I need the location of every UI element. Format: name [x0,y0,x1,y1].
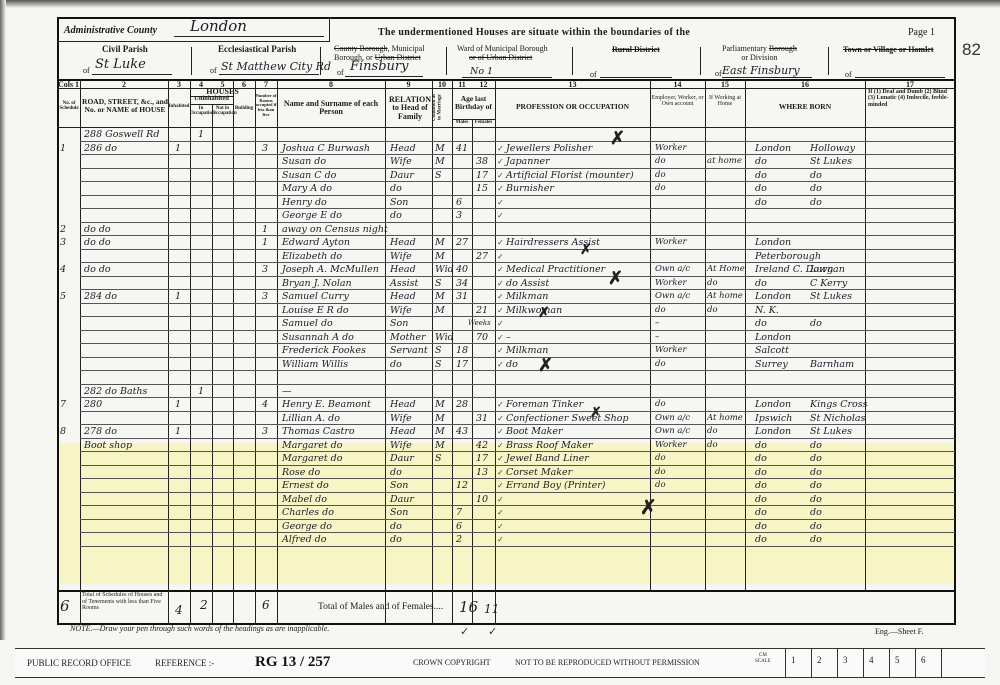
schedule-number: 3 [60,236,66,249]
occupation: Jewel Band Liner [506,452,589,465]
marital-condition: Wid [435,331,454,344]
relation: Daur [390,452,414,465]
person-name: Louise E R do [282,304,349,317]
rooms-count: 4 [262,398,268,411]
occupation: Medical Practitioner [506,263,605,276]
marital-condition: M [435,290,445,303]
age-female: 27 [476,250,488,263]
marital-condition: M [435,155,445,168]
table-row: Henry doSon6dodo✓ [0,196,1000,209]
col1-header: No. of Schedule [58,101,80,112]
tick-icon: ✓ [497,182,504,195]
age-female: 42 [476,439,488,452]
table-row: Lillian A. doWifeM31Confectioner Sweet S… [0,412,1000,425]
tick-icon: ✓ [497,412,504,425]
table-row: Rose dodo13Corset Makerdododo✓ [0,466,1000,479]
birthplace-county: London [755,398,791,411]
schedule-number: 7 [60,398,66,411]
total-inhabited: 4 [175,603,183,617]
employment-status: Own a/c [655,412,690,425]
occupation: Jewellers Polisher [506,142,592,155]
person-name: Samuel Curry [282,290,349,303]
relation: Servant [390,344,428,357]
table-row: Susan doWifeM38Japannerdoat homedoSt Luk… [0,155,1000,168]
employment-status: – [655,317,659,330]
marital-condition: M [435,236,445,249]
age-male: 6 [456,196,462,209]
check-mark-icon: ✗ [538,305,550,322]
birthplace-town: do [810,169,822,182]
table-row: 288 Goswell Rd1 [0,128,1000,141]
relation: Wife [390,250,412,263]
tick-icon: ✓ [497,142,504,155]
rooms-count: 1 [262,223,268,236]
birthplace-town: Barnham [810,358,854,371]
check-mark-icon: ✗ [590,405,602,422]
relation: Wife [390,155,412,168]
birthplace-town: do [810,479,822,492]
person-name: Joseph A. McMullen [282,263,379,276]
birthplace-county: do [755,506,767,519]
birthplace-town: do [810,317,822,330]
relation: do [390,533,402,546]
birthplace-county: do [755,155,767,168]
admin-county-value: London [190,17,247,35]
age-male: 6 [456,520,462,533]
column-number: 15 [705,80,745,89]
person-name: away on Census night [282,223,388,236]
table-row: Bryan J. NolanAssistS34do AssistWorkerdo… [0,277,1000,290]
females-check-icon: ✓ [488,625,497,638]
census-page: 82 Administrative County London The unde… [0,0,1000,685]
page-label: Page 1 [908,27,935,38]
relation: Head [390,236,416,249]
table-row: Louise E R doWifeM21MilkwomandodoN. K.✓ [0,304,1000,317]
person-name: Elizabeth do [282,250,342,263]
occupation: Burnisher [506,182,554,195]
person-name: Henry do [282,196,327,209]
totals-label: Total of Males and of Females.... [318,602,443,612]
col5-header: Not in Occupation [212,106,233,117]
birthplace-town: do [810,196,822,209]
employment-status: Own a/c [655,425,690,438]
birthplace-town: St Lukes [810,290,852,303]
person-name: Margaret do [282,452,342,465]
birthplace-county: do [755,452,767,465]
table-row: William WillisdoS17dodoSurreyBarnham✓ [0,358,1000,371]
tick-icon: ✓ [497,398,504,411]
age-male: 18 [456,344,468,357]
employment-status: Own a/c [655,263,690,276]
person-name: Ernest do [282,479,329,492]
birthplace-county: do [755,182,767,195]
schedule-number: 1 [60,142,66,155]
ward-value: No 1 [470,66,493,77]
birthplace-town: do [810,520,822,533]
employment-status: do [655,358,666,371]
birthplace-town: do [810,466,822,479]
tick-icon: ✓ [497,533,504,546]
col11-header: Males [452,120,472,125]
col7-header: Number of Rooms occupied if less than fi… [255,94,277,118]
col3-header: Inhabited [168,104,190,109]
age-female: 15 [476,182,488,195]
age-female: 10 [476,493,488,506]
column-number: 8 [277,80,385,89]
col4-header: In Occupation [190,106,212,117]
column-number: 7 [255,80,277,89]
tick-icon: ✓ [497,439,504,452]
inhabited-count: 1 [175,290,181,303]
table-row: 3do do1Edward AytonHeadM27Hairdressers A… [0,236,1000,249]
birthplace-town: do [810,439,822,452]
footer-scale-label: CMSCALE [755,653,771,664]
column-number: 12 [472,80,495,89]
tick-icon: ✓ [497,263,504,276]
working-at-home: at home [707,155,742,168]
column-number: 16 [745,80,865,89]
employment-status: do [655,304,666,317]
check-mark-icon: ✗ [610,128,625,149]
col17-header: If (1) Deaf and Dumb (2) Blind (3) Lunat… [868,89,954,108]
birthplace-town: do [810,493,822,506]
age-male: 2 [456,533,462,546]
tick-icon: ✓ [497,452,504,465]
employment-status: do [655,182,666,195]
tick-icon: ✓ [497,344,504,357]
age-female: 31 [476,412,488,425]
birthplace-town: do [810,452,822,465]
birthplace-county: do [755,439,767,452]
working-at-home: do [707,439,718,452]
age-female: 17 [476,169,488,182]
table-row: 728014Henry E. BeamontHeadM28Foreman Tin… [0,398,1000,411]
scale-mark: 4 [863,649,889,677]
birthplace-county: do [755,196,767,209]
males-check-icon: ✓ [460,625,469,638]
birthplace-county: do [755,169,767,182]
tick-icon: ✓ [497,358,504,371]
person-name: Rose do [282,466,320,479]
street-address: do do [84,223,111,236]
employment-status: do [655,452,666,465]
birthplace-county: Salcott [755,344,789,357]
table-row: George dodo6dodo✓ [0,520,1000,533]
birthplace-town: St Nicholas [810,412,865,425]
birthplace-county: Peterborough [755,250,821,263]
birthplace-town: St Lukes [810,425,852,438]
ecclesiastical-parish-label: Ecclesiastical Parish [218,45,296,54]
relation: do [390,358,402,371]
tick-icon: ✓ [497,155,504,168]
inhabited-count: 1 [175,425,181,438]
relation: Son [390,196,408,209]
table-row: Elizabeth doWifeM27Peterborough✓ [0,250,1000,263]
age-male: 27 [456,236,468,249]
age-male: 31 [456,290,468,303]
age-male: 28 [456,398,468,411]
birthplace-county: Ipswich [755,412,792,425]
table-row: Charles doSon7dodo✓ [0,506,1000,519]
occupation: Brass Roof Maker [506,439,592,452]
ecclesiastical-parish-value: St Matthew City Rd [221,60,331,73]
check-mark-icon: ✗ [580,242,592,259]
age-male: 7 [456,506,462,519]
relation: Daur [390,169,414,182]
occupation: Corset Maker [506,466,572,479]
schedule-number: 5 [60,290,66,303]
relation: Head [390,398,416,411]
birthplace-county: do [755,317,767,330]
col13-header: PROFESSION OR OCCUPATION [495,103,650,111]
table-row: Susan C doDaurS17Artificial Florist (mou… [0,169,1000,182]
relation: Son [390,317,408,330]
marital-condition: M [435,250,445,263]
marital-condition: M [435,304,445,317]
total-schedules: 6 [60,597,70,615]
person-name: Susannah A do [282,331,354,344]
column-number: 13 [495,80,650,89]
schedule-number: 8 [60,425,66,438]
table-row: Frederick FookesServantS18MilkmanWorkerS… [0,344,1000,357]
relation: Mother [390,331,426,344]
relation: Assist [390,277,418,290]
working-at-home: At home [707,412,743,425]
age-male: 17 [456,358,468,371]
sheet-label: Eng.—Sheet F. [875,627,923,636]
birthplace-county: London [755,290,791,303]
employment-status: Worker [655,439,687,452]
age-female: 38 [476,155,488,168]
rural-district-label: Rural District [612,45,660,54]
tick-icon: ✓ [497,277,504,290]
street-address: 288 Goswell Rd [84,128,159,141]
col9-header: RELATION to Head of Family [388,96,432,121]
birthplace-county: do [755,277,767,290]
table-row: 4do do3Joseph A. McMullenHeadWid40Medica… [0,263,1000,276]
marital-condition: M [435,439,445,452]
birthplace-county: do [755,479,767,492]
marital-condition: M [435,142,445,155]
working-at-home: At home [707,290,743,303]
total-males: 16 [459,598,478,616]
relation: Head [390,290,416,303]
employment-status: do [655,466,666,479]
col2-header: ROAD, STREET, &c., and No. or NAME of HO… [82,98,168,114]
col10-header: Condition as to Marriage [432,92,452,122]
person-name: Margaret do [282,439,342,452]
parliamentary-value: East Finsbury [722,64,800,77]
inhabited-count: 1 [175,398,181,411]
tick-icon: ✓ [497,250,504,263]
col8-header: Name and Surname of each Person [277,100,385,117]
occupation: Foreman Tinker [506,398,583,411]
working-at-home: do [707,304,718,317]
town-label: Town or Village or Hamlet [843,45,934,54]
admin-county-label: Administrative County [64,25,157,36]
page-number: 1 [930,27,935,38]
occupation: do Assist [506,277,549,290]
total-uninhabited: 2 [200,598,208,612]
col6-header: Building [233,106,255,111]
occupation: Japanner [506,155,550,168]
table-row: 5284 do13Samuel CurryHeadM31MilkmanOwn a… [0,290,1000,303]
street-address: do do [84,236,111,249]
rooms-count: 3 [262,425,268,438]
person-name: George E do [282,209,342,222]
person-name: George do [282,520,332,533]
marital-condition: M [435,425,445,438]
birthplace-county: Surrey [755,358,788,371]
person-name: Thomas Castro [282,425,355,438]
tick-icon: ✓ [497,290,504,303]
borough-value: Finsbury [350,59,408,74]
person-name: Joshua C Burwash [282,142,370,155]
table-row [0,371,1000,384]
table-row: Samuel doSon–dodoWeeks✓ [0,317,1000,330]
scale-mark: 3 [837,649,863,677]
person-name: Alfred do [282,533,326,546]
age-male: 12 [456,479,468,492]
person-name: William Willis [282,358,348,371]
marital-condition: S [435,169,442,182]
tick-icon: ✓ [497,479,504,492]
working-at-home: do [707,425,718,438]
birthplace-county: do [755,520,767,533]
relation: Son [390,506,408,519]
check-mark-icon: ✗ [640,495,657,520]
age-female: 13 [476,466,488,479]
birthplace-county: do [755,533,767,546]
street-address: Boot shop [84,439,132,452]
age-female: 17 [476,452,488,465]
total-females: 11 [484,602,499,616]
footer-reference-label: REFERENCE :- [155,658,214,668]
scale-mark: 1 [785,649,811,677]
civil-parish-value: St Luke [95,57,146,72]
birthplace-town: do [810,533,822,546]
person-name: Bryan J. Nolan [282,277,352,290]
column-number: 10 [432,80,452,89]
column-number: 17 [865,80,955,89]
person-name: Susan C do [282,169,336,182]
birthplace-county: do [755,493,767,506]
table-row: 8278 do13Thomas CastroHeadM43Boot MakerO… [0,425,1000,438]
rooms-count: 1 [262,236,268,249]
birthplace-county: do [755,466,767,479]
occupation: Errand Boy (Printer) [506,479,605,492]
working-at-home: At Home [707,263,745,276]
parliamentary-label: Parliamentary Borough or Division [722,45,797,63]
table-row: Mabel doDaur10dodo✓ [0,493,1000,506]
table-row: George E dodo3✓ [0,209,1000,222]
table-row: Margaret doDaurS17Jewel Band Linerdododo… [0,452,1000,465]
column-number: 3 [168,80,190,89]
occupation: Confectioner Sweet Shop [506,412,629,425]
relation: Daur [390,493,414,506]
intro-text: The undermentioned Houses are situate wi… [378,27,690,38]
person-name: Mary A do [282,182,332,195]
inhabited-count: 1 [175,142,181,155]
table-row: 1286 do13Joshua C BurwashHeadM41Jeweller… [0,142,1000,155]
birthplace-county: London [755,331,791,344]
uninhabited-header: Uninhabited [190,96,233,103]
table-row: Alfred dodo2dodo✓ [0,533,1000,546]
birthplace-county: N. K. [755,304,779,317]
employment-status: Own a/c [655,290,690,303]
occupation: Milkman [506,290,548,303]
census-rows: 288 Goswell Rd11286 do13Joshua C Burwash… [0,128,1000,588]
relation: Wife [390,439,412,452]
employment-status: Worker [655,277,687,290]
occupation: Boot Maker [506,425,563,438]
employment-status: do [655,155,666,168]
scale-mark: 5 [889,649,915,677]
working-at-home: do [707,277,718,290]
column-number: 9 [385,80,432,89]
person-name: Henry E. Beamont [282,398,371,411]
relation: do [390,466,402,479]
col14-header: Employer, Worker, or Own account [650,95,705,108]
folio-number: 82 [962,40,981,60]
birthplace-town: do [810,182,822,195]
person-name: Mabel do [282,493,327,506]
footer-permission: NOT TO BE REPRODUCED WITHOUT PERMISSION [515,658,700,667]
footer-copyright: CROWN COPYRIGHT [413,658,491,667]
relation: do [390,209,402,222]
employment-status: Worker [655,236,687,249]
footer-reference: RG 13 / 257 [255,654,330,671]
relation: Wife [390,412,412,425]
table-row: Boot shopMargaret doWifeM42Brass Roof Ma… [0,439,1000,452]
relation: Head [390,263,416,276]
occupation: do [506,358,518,371]
street-address: 282 do Baths [84,385,147,398]
occupation: Milkwoman [506,304,562,317]
column-number: 11 [452,80,472,89]
column-number: 14 [650,80,705,89]
birthplace-town: Lurgan [810,263,845,276]
employment-status: do [655,479,666,492]
birthplace-town: Kings Cross [810,398,868,411]
check-mark-icon: ✗ [538,355,553,376]
scan-edge-top [0,0,1000,8]
marital-condition: S [435,452,442,465]
occupation: – [506,331,511,344]
street-address: 278 do [84,425,117,438]
relation: Son [390,479,408,492]
scale-mark: 6 [915,649,941,677]
marital-condition: M [435,398,445,411]
occupation: Artificial Florist (mounter) [506,169,634,182]
column-number: 2 [80,80,168,89]
table-row: Mary A dodo15Burnisherdododo✓ [0,182,1000,195]
employment-status: do [655,398,666,411]
totals-schedules-label: Total of Schedules of Houses and of Tene… [82,592,166,612]
tick-icon: ✓ [497,425,504,438]
age-male: 34 [456,277,468,290]
employment-status: Worker [655,344,687,357]
birthplace-county: London [755,236,791,249]
age-male: 43 [456,425,468,438]
tick-icon: ✓ [497,520,504,533]
form-note: NOTE.—Draw your pen through such words o… [70,624,329,633]
marital-condition: Wid [435,263,454,276]
scale-mark: 2 [811,649,837,677]
check-mark-icon: ✗ [608,268,623,289]
marital-condition: S [435,358,442,371]
person-name: Samuel do [282,317,333,330]
